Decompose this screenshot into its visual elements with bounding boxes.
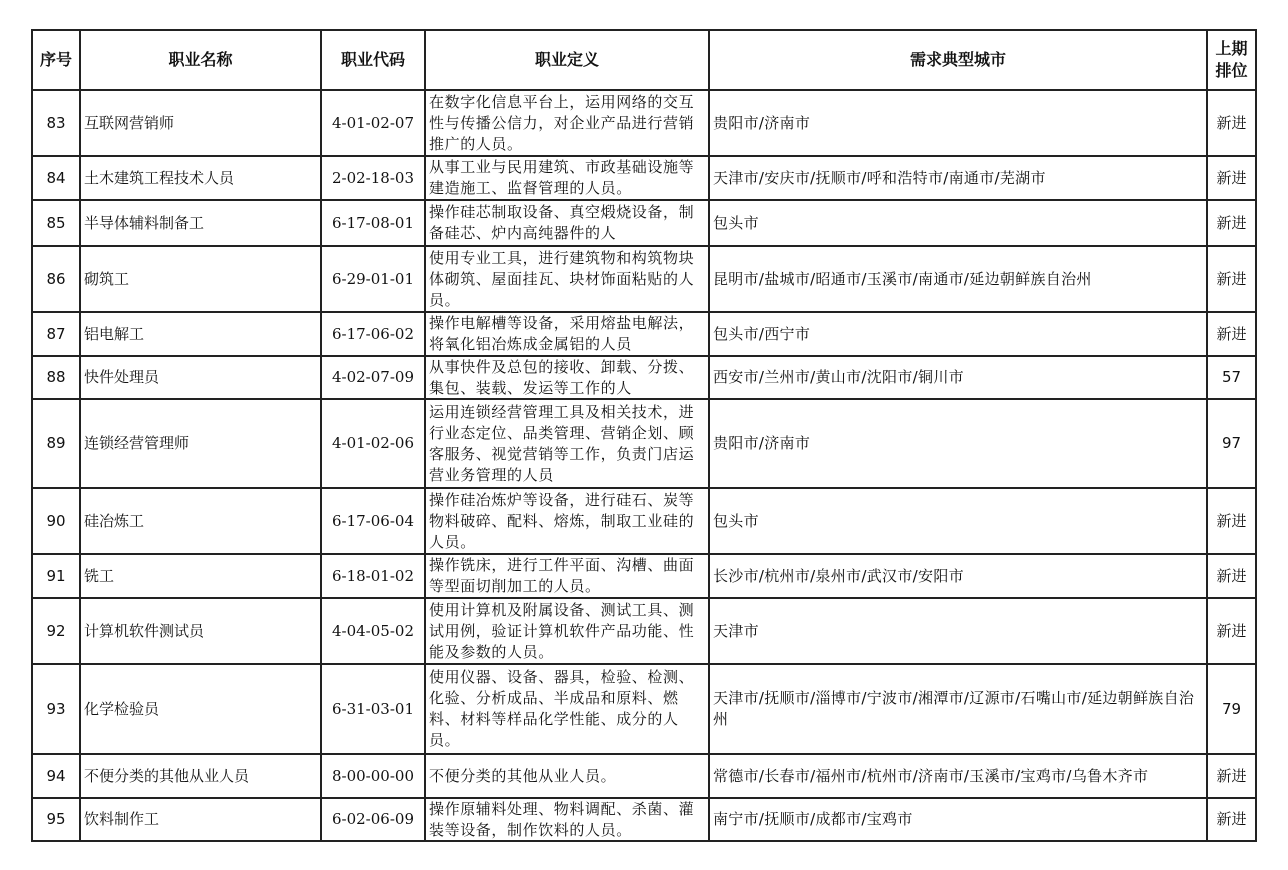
cell-definition: 在数字化信息平台上，运用网络的交互性与传播公信力，对企业产品进行营销推广的人员。 <box>425 90 709 156</box>
table-row: 93 化学检验员 6-31-03-01 使用仪器、设备、器具，检验、检测、化验、… <box>32 664 1256 754</box>
definition-text: 运用连锁经营管理工具及相关技术，进行业态定位、品类管理、营销企划、顾客服务、视觉… <box>429 402 705 486</box>
cell-cities: 长沙市/杭州市/泉州市/武汉市/安阳市 <box>709 554 1207 598</box>
table-row: 90 硅冶炼工 6-17-06-04 操作硅冶炼炉等设备，进行硅石、炭等物料破碎… <box>32 488 1256 554</box>
cell-name: 计算机软件测试员 <box>80 598 321 664</box>
cell-cities: 包头市 <box>709 488 1207 554</box>
definition-text: 从事快件及总包的接收、卸载、分拨、集包、装载、发运等工作的人 <box>429 357 705 398</box>
cell-prev-rank: 新进 <box>1207 554 1256 598</box>
cell-definition: 操作电解槽等设备，采用熔盐电解法，将氧化铝冶炼成金属铝的人员 <box>425 312 709 356</box>
header-prev-rank: 上期排位 <box>1207 30 1256 90</box>
definition-text: 使用计算机及附属设备、测试工具、测试用例，验证计算机软件产品功能、性能及参数的人… <box>429 600 705 663</box>
definition-text: 在数字化信息平台上，运用网络的交互性与传播公信力，对企业产品进行营销推广的人员。 <box>429 92 705 155</box>
table-row: 91 铣工 6-18-01-02 操作铣床，进行工件平面、沟槽、曲面等型面切削加… <box>32 554 1256 598</box>
cell-prev-rank: 97 <box>1207 399 1256 488</box>
cell-no: 86 <box>32 246 80 312</box>
cell-name: 砌筑工 <box>80 246 321 312</box>
cell-name: 互联网营销师 <box>80 90 321 156</box>
cell-prev-rank: 57 <box>1207 356 1256 399</box>
table-row: 88 快件处理员 4-02-07-09 从事快件及总包的接收、卸载、分拨、集包、… <box>32 356 1256 399</box>
cell-no: 90 <box>32 488 80 554</box>
cell-no: 87 <box>32 312 80 356</box>
header-definition: 职业定义 <box>425 30 709 90</box>
cell-no: 91 <box>32 554 80 598</box>
table-row: 95 饮料制作工 6-02-06-09 操作原辅料处理、物料调配、杀菌、灌装等设… <box>32 798 1256 841</box>
cell-code: 2-02-18-03 <box>321 156 425 200</box>
cell-cities: 贵阳市/济南市 <box>709 399 1207 488</box>
cell-name: 快件处理员 <box>80 356 321 399</box>
header-no: 序号 <box>32 30 80 90</box>
cell-code: 6-18-01-02 <box>321 554 425 598</box>
cell-name: 连锁经营管理师 <box>80 399 321 488</box>
cell-prev-rank: 新进 <box>1207 90 1256 156</box>
cell-code: 4-02-07-09 <box>321 356 425 399</box>
cell-name: 铣工 <box>80 554 321 598</box>
cell-no: 94 <box>32 754 80 798</box>
header-row: 序号 职业名称 职业代码 职业定义 需求典型城市 上期排位 <box>32 30 1256 90</box>
cell-prev-rank: 新进 <box>1207 246 1256 312</box>
table-row: 87 铝电解工 6-17-06-02 操作电解槽等设备，采用熔盐电解法，将氧化铝… <box>32 312 1256 356</box>
cell-no: 84 <box>32 156 80 200</box>
cell-cities: 包头市/西宁市 <box>709 312 1207 356</box>
cell-definition: 运用连锁经营管理工具及相关技术，进行业态定位、品类管理、营销企划、顾客服务、视觉… <box>425 399 709 488</box>
cell-code: 4-01-02-07 <box>321 90 425 156</box>
cell-definition: 不便分类的其他从业人员。 <box>425 754 709 798</box>
cell-name: 化学检验员 <box>80 664 321 754</box>
cell-definition: 操作硅芯制取设备、真空煅烧设备，制备硅芯、炉内高纯器件的人 <box>425 200 709 246</box>
definition-text: 操作铣床，进行工件平面、沟槽、曲面等型面切削加工的人员。 <box>429 555 705 597</box>
cell-prev-rank: 新进 <box>1207 754 1256 798</box>
table-row: 89 连锁经营管理师 4-01-02-06 运用连锁经营管理工具及相关技术，进行… <box>32 399 1256 488</box>
table-row: 85 半导体辅料制备工 6-17-08-01 操作硅芯制取设备、真空煅烧设备，制… <box>32 200 1256 246</box>
cell-prev-rank: 新进 <box>1207 598 1256 664</box>
cell-code: 6-29-01-01 <box>321 246 425 312</box>
cell-cities: 昆明市/盐城市/昭通市/玉溪市/南通市/延边朝鲜族自治州 <box>709 246 1207 312</box>
definition-text: 使用仪器、设备、器具，检验、检测、化验、分析成品、半成品和原料、燃料、材料等样品… <box>429 667 705 751</box>
definition-text: 不便分类的其他从业人员。 <box>429 766 705 787</box>
cell-code: 6-31-03-01 <box>321 664 425 754</box>
header-cities: 需求典型城市 <box>709 30 1207 90</box>
table-row: 86 砌筑工 6-29-01-01 使用专业工具，进行建筑物和构筑物块体砌筑、屋… <box>32 246 1256 312</box>
cell-cities: 贵阳市/济南市 <box>709 90 1207 156</box>
cell-definition: 使用计算机及附属设备、测试工具、测试用例，验证计算机软件产品功能、性能及参数的人… <box>425 598 709 664</box>
definition-text: 从事工业与民用建筑、市政基础设施等建造施工、监督管理的人员。 <box>429 157 705 199</box>
cell-cities: 天津市 <box>709 598 1207 664</box>
header-name: 职业名称 <box>80 30 321 90</box>
cell-cities: 包头市 <box>709 200 1207 246</box>
cell-prev-rank: 79 <box>1207 664 1256 754</box>
definition-text: 操作原辅料处理、物料调配、杀菌、灌装等设备，制作饮料的人员。 <box>429 799 705 840</box>
cell-no: 83 <box>32 90 80 156</box>
header-code: 职业代码 <box>321 30 425 90</box>
definition-text: 使用专业工具，进行建筑物和构筑物块体砌筑、屋面挂瓦、块材饰面粘贴的人员。 <box>429 248 705 311</box>
cell-code: 4-04-05-02 <box>321 598 425 664</box>
cell-definition: 操作原辅料处理、物料调配、杀菌、灌装等设备，制作饮料的人员。 <box>425 798 709 841</box>
definition-text: 操作硅冶炼炉等设备，进行硅石、炭等物料破碎、配料、熔炼，制取工业硅的人员。 <box>429 490 705 553</box>
cell-name: 饮料制作工 <box>80 798 321 841</box>
cell-name: 半导体辅料制备工 <box>80 200 321 246</box>
cell-code: 6-17-06-02 <box>321 312 425 356</box>
cell-code: 6-17-06-04 <box>321 488 425 554</box>
cell-code: 8-00-00-00 <box>321 754 425 798</box>
cell-prev-rank: 新进 <box>1207 200 1256 246</box>
cell-code: 6-17-08-01 <box>321 200 425 246</box>
cell-definition: 使用专业工具，进行建筑物和构筑物块体砌筑、屋面挂瓦、块材饰面粘贴的人员。 <box>425 246 709 312</box>
cell-cities: 南宁市/抚顺市/成都市/宝鸡市 <box>709 798 1207 841</box>
table-row: 94 不便分类的其他从业人员 8-00-00-00 不便分类的其他从业人员。 常… <box>32 754 1256 798</box>
cell-code: 4-01-02-06 <box>321 399 425 488</box>
cell-cities: 天津市/安庆市/抚顺市/呼和浩特市/南通市/芜湖市 <box>709 156 1207 200</box>
cell-prev-rank: 新进 <box>1207 312 1256 356</box>
cell-cities: 常德市/长春市/福州市/杭州市/济南市/玉溪市/宝鸡市/乌鲁木齐市 <box>709 754 1207 798</box>
cell-definition: 从事快件及总包的接收、卸载、分拨、集包、装载、发运等工作的人 <box>425 356 709 399</box>
cell-name: 铝电解工 <box>80 312 321 356</box>
cell-no: 85 <box>32 200 80 246</box>
cell-name: 土木建筑工程技术人员 <box>80 156 321 200</box>
cell-cities: 西安市/兰州市/黄山市/沈阳市/铜川市 <box>709 356 1207 399</box>
cell-no: 93 <box>32 664 80 754</box>
cell-no: 95 <box>32 798 80 841</box>
cell-cities: 天津市/抚顺市/淄博市/宁波市/湘潭市/辽源市/石嘴山市/延边朝鲜族自治州 <box>709 664 1207 754</box>
definition-text: 操作硅芯制取设备、真空煅烧设备，制备硅芯、炉内高纯器件的人 <box>429 202 705 244</box>
table-row: 84 土木建筑工程技术人员 2-02-18-03 从事工业与民用建筑、市政基础设… <box>32 156 1256 200</box>
table-row: 83 互联网营销师 4-01-02-07 在数字化信息平台上，运用网络的交互性与… <box>32 90 1256 156</box>
cell-no: 92 <box>32 598 80 664</box>
cell-definition: 操作硅冶炼炉等设备，进行硅石、炭等物料破碎、配料、熔炼，制取工业硅的人员。 <box>425 488 709 554</box>
cell-definition: 使用仪器、设备、器具，检验、检测、化验、分析成品、半成品和原料、燃料、材料等样品… <box>425 664 709 754</box>
cell-name: 不便分类的其他从业人员 <box>80 754 321 798</box>
cell-definition: 从事工业与民用建筑、市政基础设施等建造施工、监督管理的人员。 <box>425 156 709 200</box>
occupation-table: 序号 职业名称 职业代码 职业定义 需求典型城市 上期排位 83 互联网营销师 … <box>31 29 1257 842</box>
cell-definition: 操作铣床，进行工件平面、沟槽、曲面等型面切削加工的人员。 <box>425 554 709 598</box>
cell-name: 硅冶炼工 <box>80 488 321 554</box>
cell-code: 6-02-06-09 <box>321 798 425 841</box>
definition-text: 操作电解槽等设备，采用熔盐电解法，将氧化铝冶炼成金属铝的人员 <box>429 313 705 355</box>
cell-no: 89 <box>32 399 80 488</box>
cell-prev-rank: 新进 <box>1207 798 1256 841</box>
cell-prev-rank: 新进 <box>1207 156 1256 200</box>
cell-no: 88 <box>32 356 80 399</box>
cell-prev-rank: 新进 <box>1207 488 1256 554</box>
table-row: 92 计算机软件测试员 4-04-05-02 使用计算机及附属设备、测试工具、测… <box>32 598 1256 664</box>
